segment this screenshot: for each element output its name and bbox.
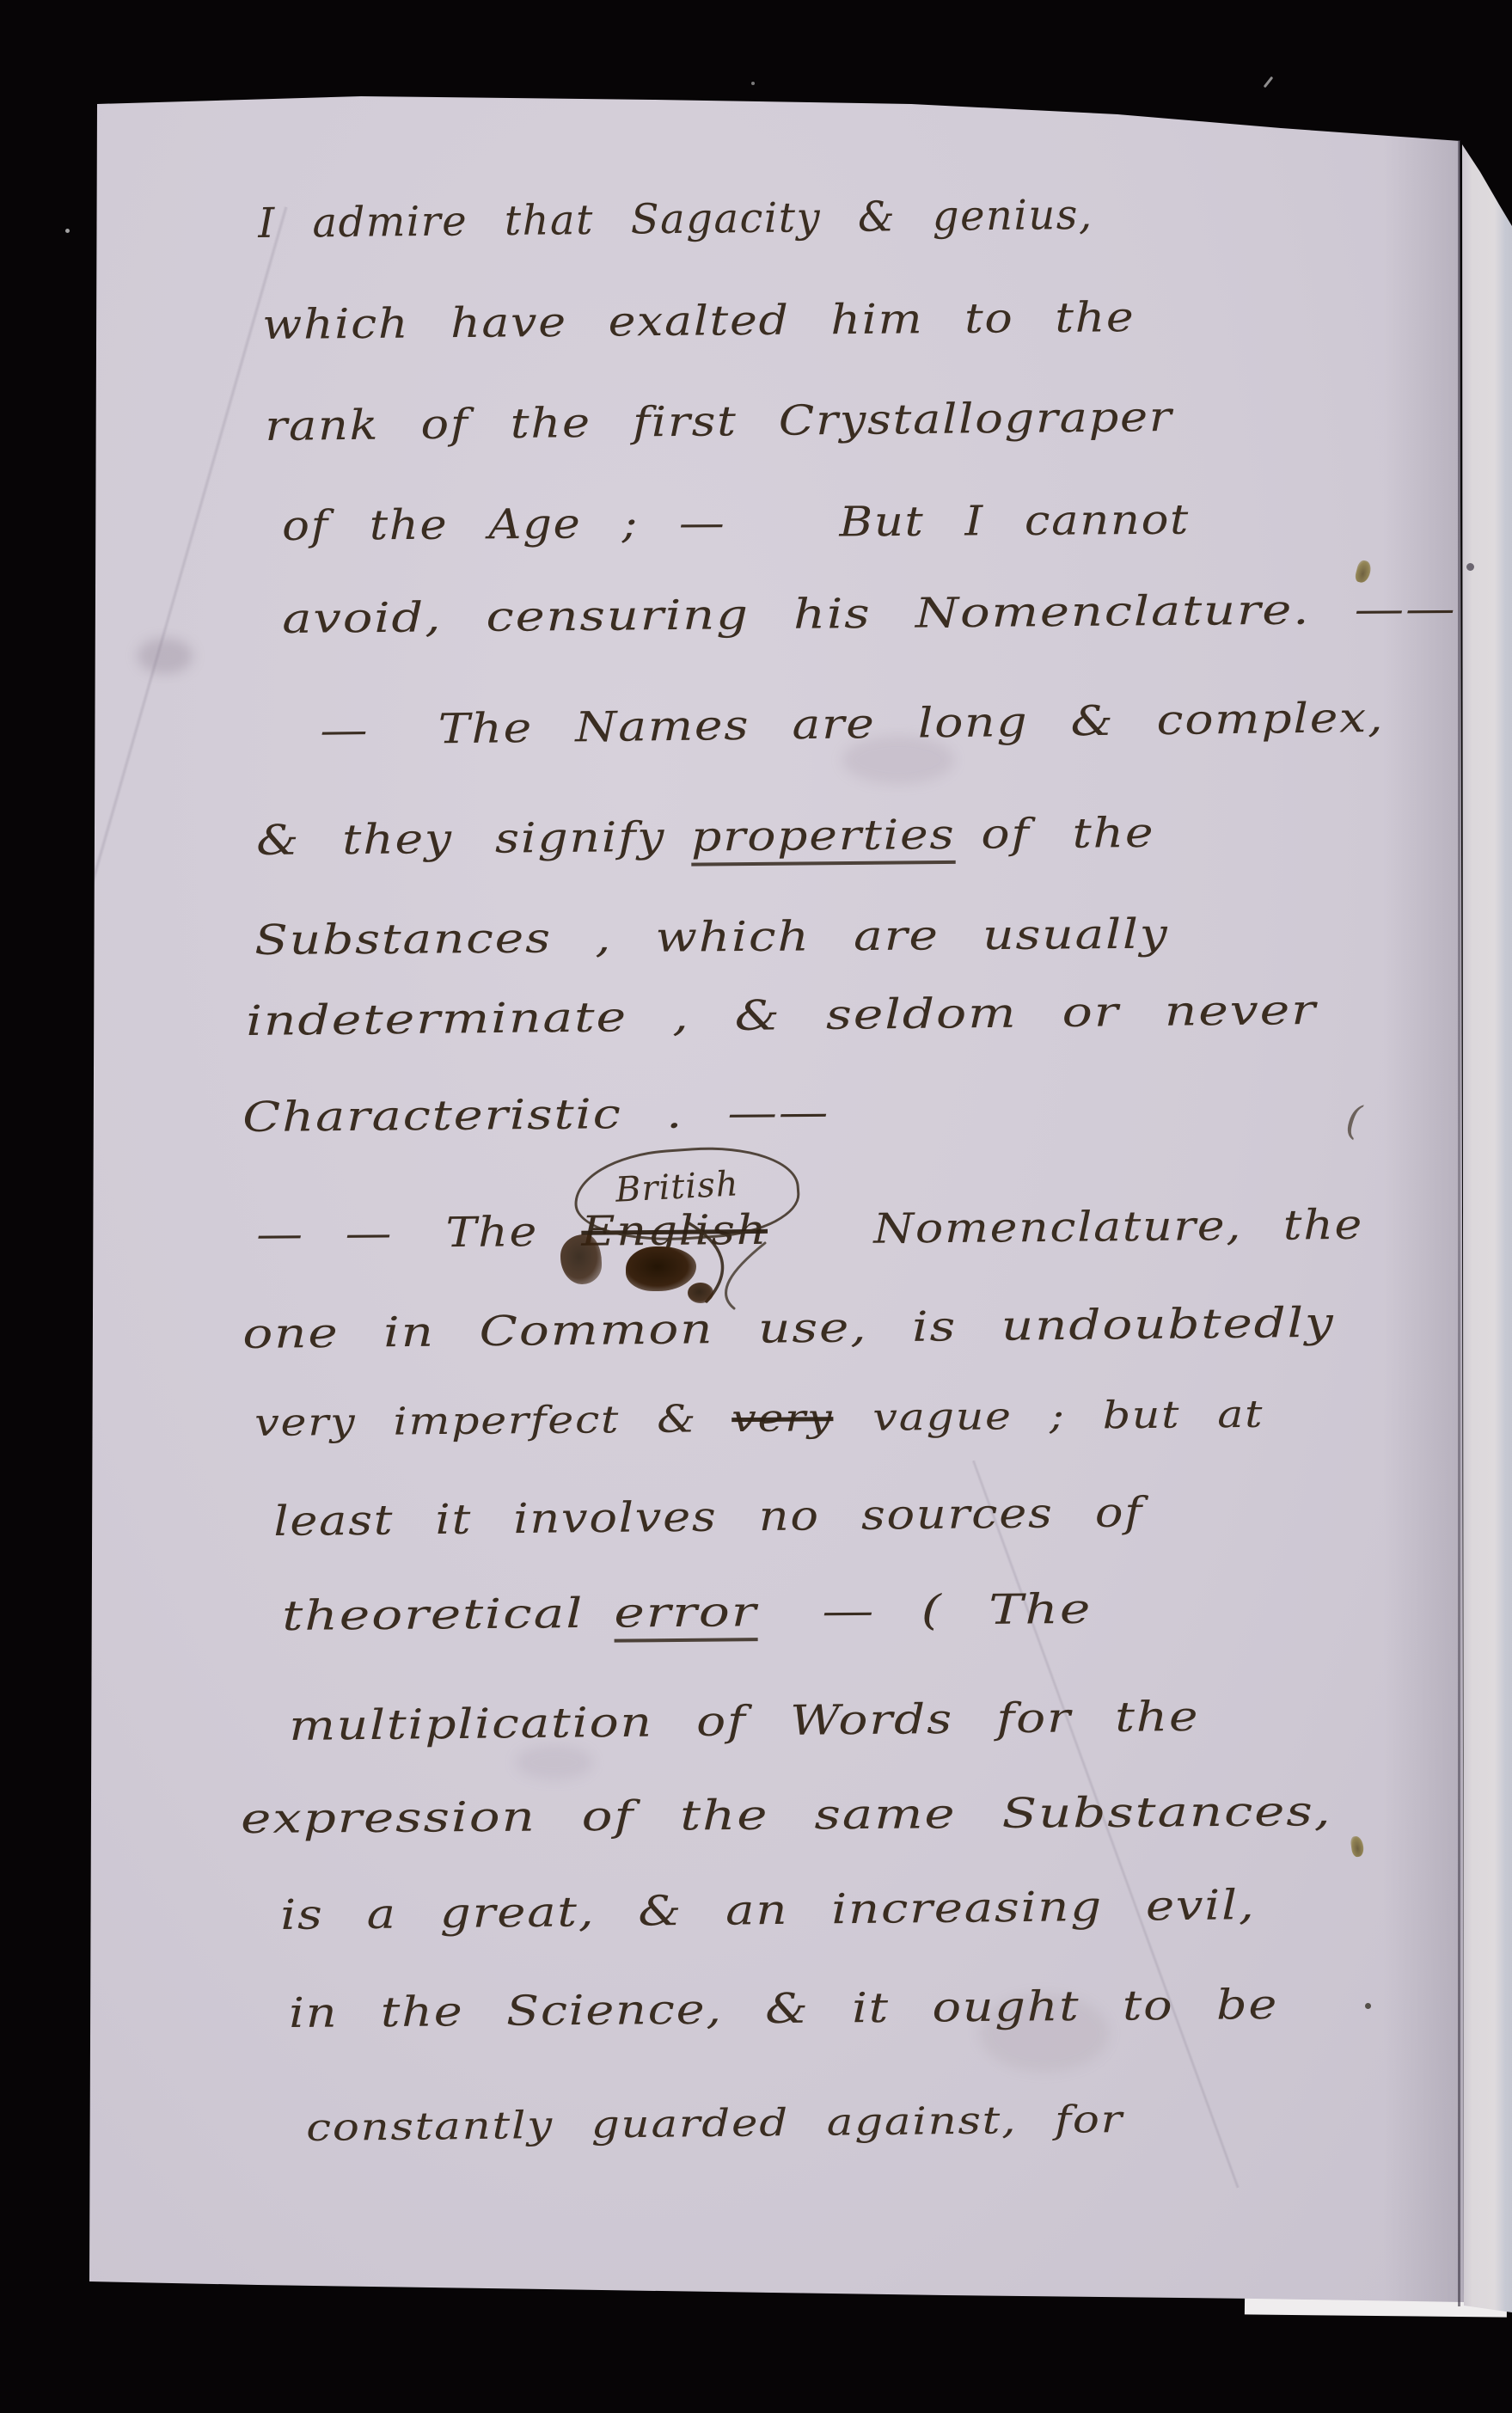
manuscript-page: I admire that Sagacity & genius, which h… <box>0 0 1512 2413</box>
ink-blot <box>560 1234 602 1284</box>
manuscript-line: expression of the same Substances, <box>241 1787 1332 1843</box>
manuscript-text-segment: in the Science, & it ought to be <box>289 1981 1278 2037</box>
manuscript-line: —The Names are long & complex, <box>320 694 1385 755</box>
manuscript-text-segment: I admire that Sagacity & genius, <box>258 191 1093 248</box>
manuscript-text-segment: of the Age ; — <box>282 499 726 550</box>
manuscript-line: constantly guarded against, for <box>306 2098 1123 2150</box>
manuscript-text-segment: avoid, censuring his Nomenclature. —— <box>282 585 1457 643</box>
manuscript-text-segment: The Names are long & complex, <box>438 694 1384 753</box>
manuscript-line: is a great, & an increasing evil, <box>280 1881 1256 1939</box>
manuscript-text-segment: Characteristic . —— <box>242 1088 829 1142</box>
manuscript-line: indeterminate , & seldom or never <box>246 986 1317 1045</box>
dust-speck <box>751 82 755 85</box>
manuscript-text-segment: of the <box>981 809 1154 859</box>
dash-mark: — <box>320 706 370 755</box>
manuscript-line: Characteristic . —— <box>242 1088 829 1142</box>
dust-speck <box>1264 77 1274 89</box>
struck-word: very <box>732 1396 834 1441</box>
manuscript-line: least it involves no sources of <box>273 1488 1143 1546</box>
manuscript-text-segment: — ( The <box>822 1585 1092 1636</box>
manuscript-text-segment: expression of the same Substances, <box>241 1787 1332 1843</box>
manuscript-text-segment: But I cannot <box>839 496 1190 547</box>
manuscript-line: I admire that Sagacity & genius, <box>258 191 1093 248</box>
manuscript-line: Substances , which are usually <box>254 910 1169 965</box>
manuscript-line: rank of the first Crystallograper <box>265 393 1173 450</box>
manuscript-text-segment: is a great, & an increasing evil, <box>280 1881 1256 1939</box>
manuscript-text-segment: very imperfect & <box>254 1398 697 1445</box>
manuscript-line: in the Science, & it ought to be <box>289 1981 1278 2037</box>
manuscript-text-segment: rank of the first Crystallograper <box>265 393 1173 450</box>
manuscript-line: which have exalted him to the <box>262 293 1136 349</box>
manuscript-line: theoreticalerror— ( The <box>282 1585 1092 1640</box>
manuscript-text-segment: & they signify <box>256 813 665 865</box>
manuscript-line: & they signifypropertiesof the <box>256 809 1154 865</box>
underlined-word: error <box>614 1588 758 1637</box>
paper-tear <box>1354 559 1373 584</box>
manuscript-line: — —TheEnglishNomenclature, the <box>256 1201 1363 1259</box>
manuscript-text-segment: The <box>445 1208 538 1257</box>
paper-fleck <box>1466 563 1474 571</box>
ink-blot <box>688 1283 713 1303</box>
inserted-word: British <box>615 1164 740 1210</box>
manuscript-text-segment: which have exalted him to the <box>262 293 1136 349</box>
manuscript-text-segment: Substances , which are usually <box>254 910 1169 965</box>
manuscript-text-segment: theoretical <box>282 1589 585 1640</box>
dash-mark: — — <box>256 1210 393 1259</box>
paper-smudge <box>138 638 193 674</box>
dust-speck <box>65 229 70 233</box>
paper-crease <box>0 206 289 1448</box>
paper-tear <box>1350 1835 1364 1858</box>
paper-fleck <box>1365 2003 1371 2009</box>
manuscript-line: very imperfect &veryvague ; but at <box>254 1393 1264 1445</box>
manuscript-line: multiplication of Words for the <box>289 1693 1200 1750</box>
book-fold-line <box>1458 140 1460 2306</box>
manuscript-photo: I admire that Sagacity & genius, which h… <box>0 0 1512 2413</box>
manuscript-line: avoid, censuring his Nomenclature. —— <box>282 585 1457 643</box>
manuscript-text-segment: vague ; but at <box>872 1393 1264 1440</box>
paper-smudge <box>516 1745 593 1779</box>
manuscript-text-segment: multiplication of Words for the <box>289 1693 1200 1750</box>
manuscript-text-segment: Nomenclature, the <box>873 1201 1363 1253</box>
manuscript-text-segment: indeterminate , & seldom or never <box>246 986 1317 1045</box>
manuscript-text-segment: constantly guarded against, for <box>306 2098 1123 2150</box>
stray-pen-mark: ( <box>1344 1096 1363 1144</box>
underlined-word: properties <box>691 811 956 861</box>
manuscript-text-segment: least it involves no sources of <box>273 1488 1143 1546</box>
manuscript-line: of the Age ; —But I cannot <box>282 496 1190 550</box>
